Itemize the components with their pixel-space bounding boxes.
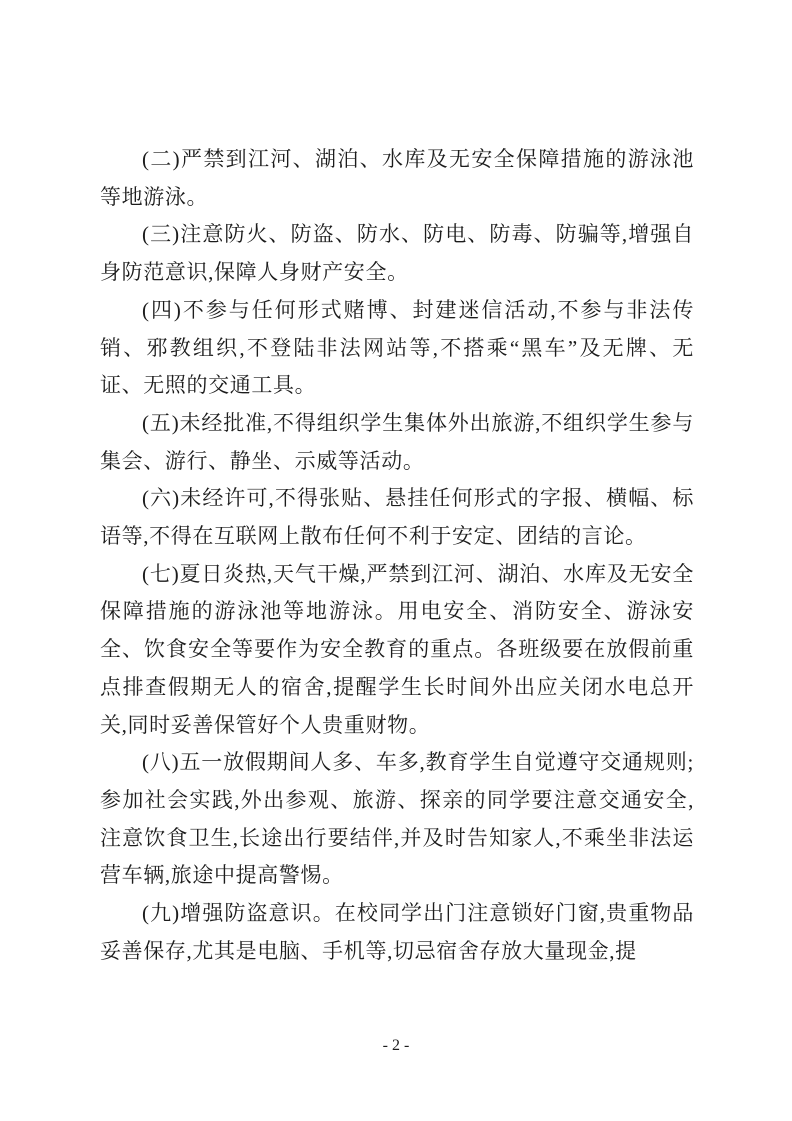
paragraph-item-2: (二)严禁到江河、湖泊、水库及无安全保障措施的游泳池等地游泳。 — [100, 141, 694, 216]
document-page: (二)严禁到江河、湖泊、水库及无安全保障措施的游泳池等地游泳。 (三)注意防火、… — [0, 0, 792, 1121]
paragraph-item-9: (九)增强防盗意识。在校同学出门注意锁好门窗,贵重物品妥善保存,尤其是电脑、手机… — [100, 895, 694, 970]
paragraph-item-3: (三)注意防火、防盗、防水、防电、防毒、防骗等,增强自身防范意识,保障人身财产安… — [100, 216, 694, 291]
paragraph-item-6: (六)未经许可,不得张贴、悬挂任何形式的字报、横幅、标语等,不得在互联网上散布任… — [100, 480, 694, 555]
paragraph-item-7: (七)夏日炎热,天气干燥,严禁到江河、湖泊、水库及无安全保障措施的游泳池等地游泳… — [100, 556, 694, 745]
document-body: (二)严禁到江河、湖泊、水库及无安全保障措施的游泳池等地游泳。 (三)注意防火、… — [100, 141, 694, 970]
paragraph-item-4: (四)不参与任何形式赌博、封建迷信活动,不参与非法传销、邪教组织,不登陆非法网站… — [100, 292, 694, 405]
page-number: - 2 - — [383, 1037, 410, 1054]
page-footer: - 2 - — [0, 1036, 792, 1056]
paragraph-item-5: (五)未经批准,不得组织学生集体外出旅游,不组织学生参与集会、游行、静坐、示威等… — [100, 405, 694, 480]
paragraph-item-8: (八)五一放假期间人多、车多,教育学生自觉遵守交通规则;参加社会实践,外出参观、… — [100, 744, 694, 895]
